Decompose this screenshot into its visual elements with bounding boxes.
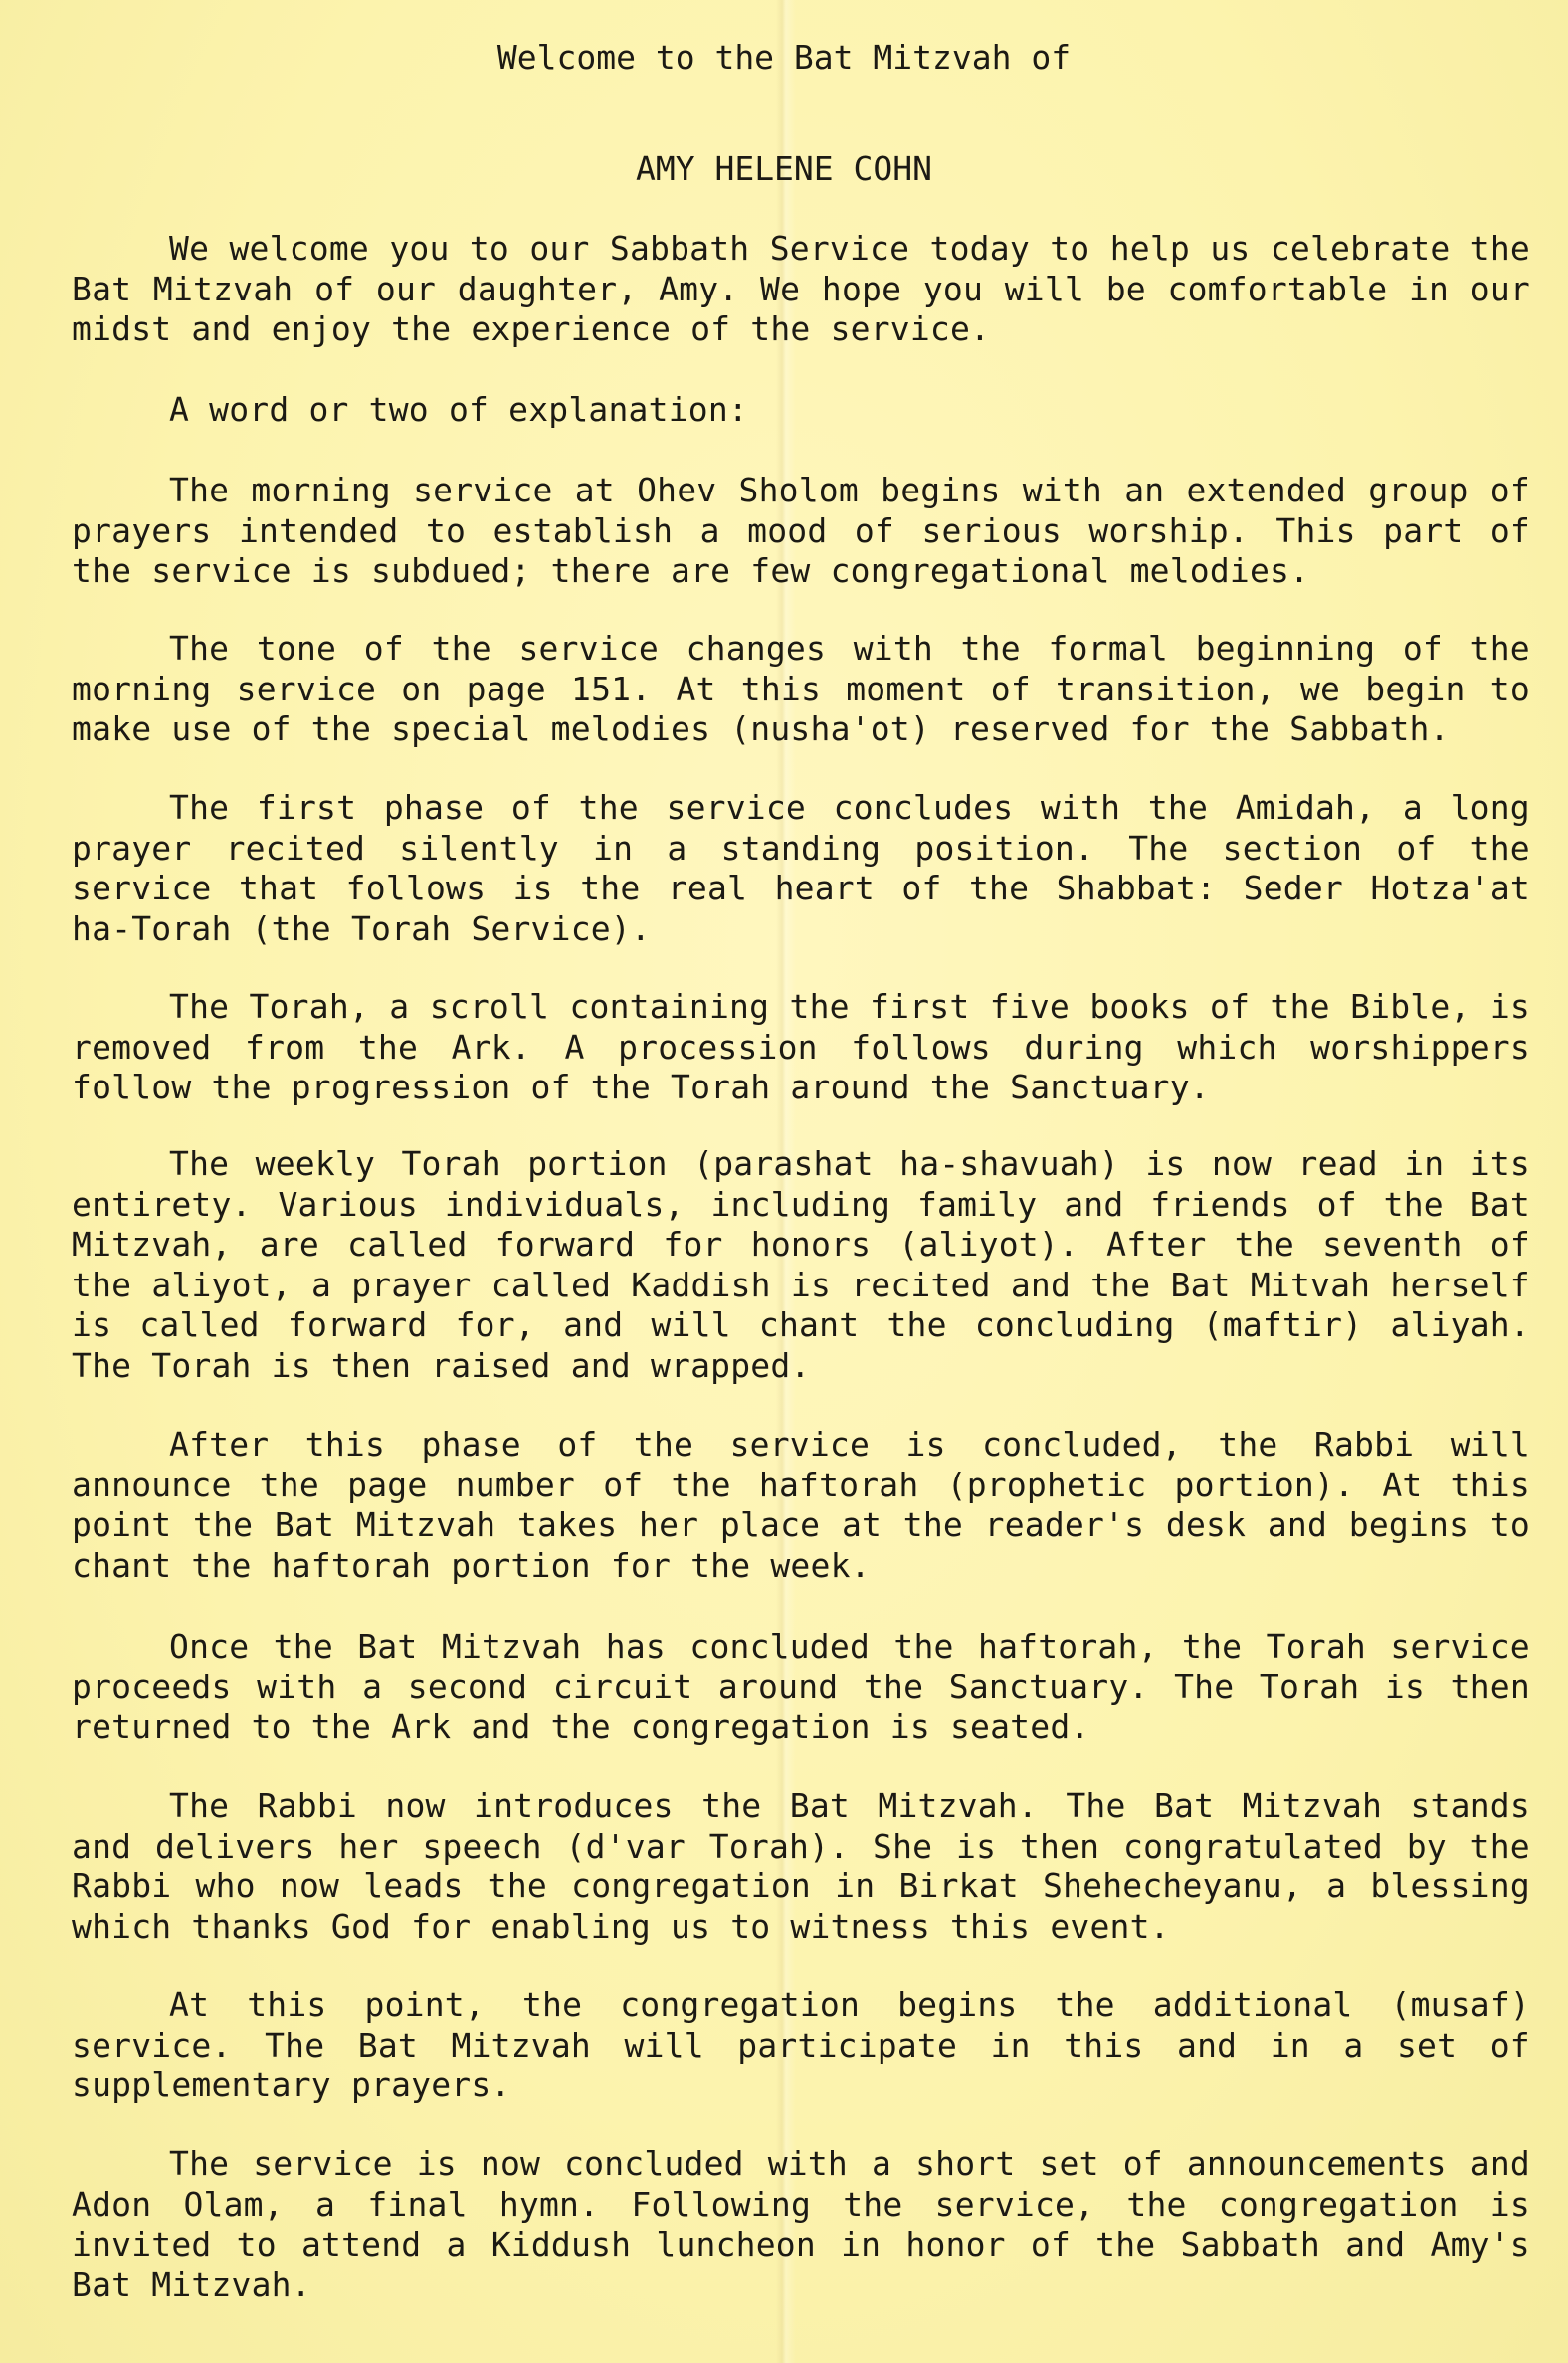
text-line: BatMitzvahofourdaughter,Amy.Wehopeyouwil… [72,270,1530,309]
text-line: Theserviceisnowconcludedwithashortsetofa… [169,2144,1530,2184]
text-line: follow the progression of the Torah arou… [72,1068,1210,1107]
text-line: removedfromtheArk.Aprocessionfollowsduri… [72,1028,1530,1068]
text-line: Afterthisphaseoftheserviceisconcluded,th… [169,1425,1530,1465]
text-line: ha-Torah (the Torah Service). [72,909,651,949]
text-line: which thanks God for enabling us to witn… [72,1907,1170,1947]
text-line: make use of the special melodies (nusha'… [72,709,1450,749]
text-line: prayersintendedtoestablishamoodofserious… [72,511,1530,551]
text-line: Mitzvah,arecalledforwardforhonors(aliyot… [72,1225,1530,1265]
text-line: ThemorningserviceatOhevSholombeginswitha… [169,471,1530,510]
text-line: service.TheBatMitzvahwillparticipateinth… [72,2026,1530,2066]
text-line: Atthispoint,thecongregationbeginstheaddi… [169,1985,1530,2025]
text-line: Thetoneoftheservicechangeswiththeformalb… [169,629,1530,669]
text-line: iscalledforwardfor,andwillchanttheconclu… [72,1305,1530,1345]
text-line: TheTorah,ascrollcontainingthefirstfivebo… [169,987,1530,1027]
text-line: OncetheBatMitzvahhasconcludedthehaftorah… [169,1627,1530,1667]
text-line: Thefirstphaseoftheserviceconcludeswithth… [169,788,1530,828]
text-line: morningserviceonpage151.Atthismomentoftr… [72,670,1530,709]
text-line: WewelcomeyoutoourSabbathServicetodaytohe… [169,229,1530,269]
text-line: the service is subdued; there are few co… [72,551,1309,591]
document-heading: Welcome to the Bat Mitzvah of [0,38,1568,78]
honoree-name: AMY HELENE COHN [0,149,1568,189]
text-line: chant the haftorah portion for the week. [72,1546,871,1586]
text-line: proceedswithasecondcircuitaroundtheSanct… [72,1668,1530,1707]
text-line: entirety.Variousindividuals,includingfam… [72,1185,1530,1225]
text-line: announcethepagenumberofthehaftorah(proph… [72,1466,1530,1505]
text-line: supplementary prayers. [72,2066,511,2105]
text-line: servicethatfollowsistherealheartoftheSha… [72,869,1530,908]
text-line: returned to the Ark and the congregation… [72,1707,1089,1747]
text-line: Bat Mitzvah. [72,2265,311,2305]
text-line: pointtheBatMitzvahtakesherplaceattheread… [72,1505,1530,1545]
text-line: invitedtoattendaKiddushluncheoninhonorof… [72,2225,1530,2265]
text-line: midst and enjoy the experience of the se… [72,309,990,349]
text-line: anddeliversherspeech(d'varTorah).Sheisth… [72,1827,1530,1867]
text-line: A word or two of explanation: [169,390,748,430]
text-line: TheweeklyTorahportion(parashatha-shavuah… [169,1144,1530,1184]
text-line: RabbiwhonowleadsthecongregationinBirkatS… [72,1867,1530,1906]
text-line: TheRabbinowintroducestheBatMitzvah.TheBa… [169,1786,1530,1826]
text-line: AdonOlam,afinalhymn.Followingtheservice,… [72,2185,1530,2225]
text-line: prayerrecitedsilentlyinastandingposition… [72,829,1530,869]
text-line: thealiyot,aprayercalledKaddishisreciteda… [72,1266,1530,1305]
text-line: The Torah is then raised and wrapped. [72,1346,811,1386]
